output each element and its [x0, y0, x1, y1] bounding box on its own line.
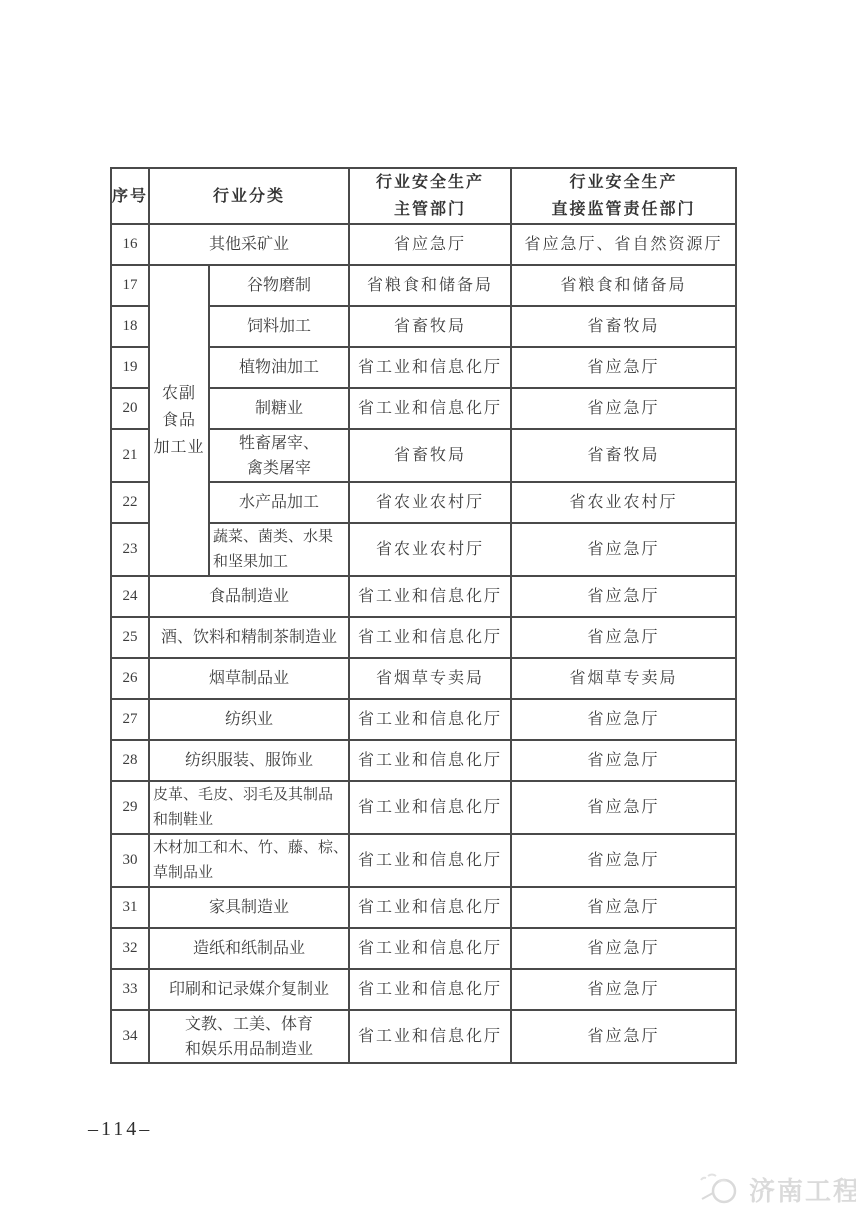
industry-cell: 皮革、毛皮、羽毛及其制品 和制鞋业 — [149, 781, 349, 834]
dept-cell: 省应急厅 — [349, 224, 511, 265]
resp-cell: 省应急厅 — [511, 388, 736, 429]
industry-cell: 纺织服装、服饰业 — [149, 740, 349, 781]
table-row: 31 家具制造业 省工业和信息化厅 省应急厅 — [111, 887, 736, 928]
serial-cell: 19 — [111, 347, 149, 388]
industry-cell: 烟草制品业 — [149, 658, 349, 699]
table-row: 32 造纸和纸制品业 省工业和信息化厅 省应急厅 — [111, 928, 736, 969]
dept-cell: 省工业和信息化厅 — [349, 699, 511, 740]
resp-cell: 省应急厅、省自然资源厅 — [511, 224, 736, 265]
resp-cell: 省烟草专卖局 — [511, 658, 736, 699]
industry-cell: 谷物磨制 — [209, 265, 349, 306]
industry-cell: 食品制造业 — [149, 576, 349, 617]
industry-cell: 牲畜屠宰、 禽类屠宰 — [209, 429, 349, 482]
dept-cell: 省工业和信息化厅 — [349, 1010, 511, 1063]
industry-cell: 造纸和纸制品业 — [149, 928, 349, 969]
dept-cell: 省农业农村厅 — [349, 523, 511, 576]
table-row: 25 酒、饮料和精制茶制造业 省工业和信息化厅 省应急厅 — [111, 617, 736, 658]
watermark: 济南工程 — [698, 1170, 856, 1209]
dept-cell: 省粮食和储备局 — [349, 265, 511, 306]
serial-cell: 22 — [111, 482, 149, 523]
table-row: 26 烟草制品业 省烟草专卖局 省烟草专卖局 — [111, 658, 736, 699]
header-serial-number: 序号 — [111, 168, 149, 224]
table-row: 17 农副 食品 加工业 谷物磨制 省粮食和储备局 省粮食和储备局 — [111, 265, 736, 306]
table-row: 34 文教、工美、体育 和娱乐用品制造业 省工业和信息化厅 省应急厅 — [111, 1010, 736, 1063]
serial-cell: 33 — [111, 969, 149, 1010]
industry-cell: 水产品加工 — [209, 482, 349, 523]
dept-cell: 省畜牧局 — [349, 429, 511, 482]
serial-cell: 18 — [111, 306, 149, 347]
dept-cell: 省农业农村厅 — [349, 482, 511, 523]
table-row: 27 纺织业 省工业和信息化厅 省应急厅 — [111, 699, 736, 740]
dept-cell: 省工业和信息化厅 — [349, 347, 511, 388]
dept-cell: 省工业和信息化厅 — [349, 388, 511, 429]
industry-supervision-table: 序号 行业分类 行业安全生产 主管部门 行业安全生产 直接监管责任部门 16 其… — [110, 167, 737, 1064]
serial-cell: 31 — [111, 887, 149, 928]
table-row: 29 皮革、毛皮、羽毛及其制品 和制鞋业 省工业和信息化厅 省应急厅 — [111, 781, 736, 834]
table-row: 16 其他采矿业 省应急厅 省应急厅、省自然资源厅 — [111, 224, 736, 265]
watermark-logo-icon — [698, 1170, 740, 1209]
table-row: 28 纺织服装、服饰业 省工业和信息化厅 省应急厅 — [111, 740, 736, 781]
serial-cell: 28 — [111, 740, 149, 781]
resp-cell: 省应急厅 — [511, 576, 736, 617]
industry-cell: 蔬菜、菌类、水果 和坚果加工 — [209, 523, 349, 576]
industry-cell: 酒、饮料和精制茶制造业 — [149, 617, 349, 658]
resp-cell: 省应急厅 — [511, 523, 736, 576]
resp-cell: 省农业农村厅 — [511, 482, 736, 523]
serial-cell: 30 — [111, 834, 149, 887]
resp-cell: 省粮食和储备局 — [511, 265, 736, 306]
dept-cell: 省工业和信息化厅 — [349, 887, 511, 928]
serial-cell: 17 — [111, 265, 149, 306]
industry-cell: 纺织业 — [149, 699, 349, 740]
industry-cell: 印刷和记录媒介复制业 — [149, 969, 349, 1010]
table-row: 24 食品制造业 省工业和信息化厅 省应急厅 — [111, 576, 736, 617]
industry-cell: 文教、工美、体育 和娱乐用品制造业 — [149, 1010, 349, 1063]
resp-cell: 省应急厅 — [511, 740, 736, 781]
dept-cell: 省工业和信息化厅 — [349, 617, 511, 658]
serial-cell: 24 — [111, 576, 149, 617]
industry-cell: 家具制造业 — [149, 887, 349, 928]
resp-cell: 省畜牧局 — [511, 429, 736, 482]
resp-cell: 省应急厅 — [511, 781, 736, 834]
dept-cell: 省工业和信息化厅 — [349, 781, 511, 834]
dept-cell: 省工业和信息化厅 — [349, 969, 511, 1010]
serial-cell: 27 — [111, 699, 149, 740]
industry-cell: 制糖业 — [209, 388, 349, 429]
industry-group-cell: 农副 食品 加工业 — [149, 265, 209, 576]
dept-cell: 省工业和信息化厅 — [349, 576, 511, 617]
serial-cell: 20 — [111, 388, 149, 429]
header-supervision-department: 行业安全生产 直接监管责任部门 — [511, 168, 736, 224]
serial-cell: 29 — [111, 781, 149, 834]
table-header-row: 序号 行业分类 行业安全生产 主管部门 行业安全生产 直接监管责任部门 — [111, 168, 736, 224]
serial-cell: 21 — [111, 429, 149, 482]
resp-cell: 省应急厅 — [511, 928, 736, 969]
table-row: 33 印刷和记录媒介复制业 省工业和信息化厅 省应急厅 — [111, 969, 736, 1010]
serial-cell: 16 — [111, 224, 149, 265]
resp-cell: 省应急厅 — [511, 969, 736, 1010]
resp-cell: 省应急厅 — [511, 1010, 736, 1063]
document-page: 序号 行业分类 行业安全生产 主管部门 行业安全生产 直接监管责任部门 16 其… — [0, 0, 856, 1225]
dept-cell: 省工业和信息化厅 — [349, 928, 511, 969]
industry-cell: 植物油加工 — [209, 347, 349, 388]
serial-cell: 32 — [111, 928, 149, 969]
watermark-text: 济南工程 — [749, 1171, 856, 1208]
industry-cell: 饲料加工 — [209, 306, 349, 347]
serial-cell: 34 — [111, 1010, 149, 1063]
table-row: 30 木材加工和木、竹、藤、棕、 草制品业 省工业和信息化厅 省应急厅 — [111, 834, 736, 887]
serial-cell: 23 — [111, 523, 149, 576]
header-industry-category: 行业分类 — [149, 168, 349, 224]
resp-cell: 省应急厅 — [511, 699, 736, 740]
header-competent-department: 行业安全生产 主管部门 — [349, 168, 511, 224]
serial-cell: 26 — [111, 658, 149, 699]
resp-cell: 省应急厅 — [511, 887, 736, 928]
dept-cell: 省畜牧局 — [349, 306, 511, 347]
page-number: –114– — [88, 1118, 152, 1141]
dept-cell: 省工业和信息化厅 — [349, 740, 511, 781]
dept-cell: 省烟草专卖局 — [349, 658, 511, 699]
resp-cell: 省应急厅 — [511, 834, 736, 887]
resp-cell: 省应急厅 — [511, 347, 736, 388]
serial-cell: 25 — [111, 617, 149, 658]
resp-cell: 省应急厅 — [511, 617, 736, 658]
dept-cell: 省工业和信息化厅 — [349, 834, 511, 887]
industry-cell: 其他采矿业 — [149, 224, 349, 265]
industry-cell: 木材加工和木、竹、藤、棕、 草制品业 — [149, 834, 349, 887]
resp-cell: 省畜牧局 — [511, 306, 736, 347]
